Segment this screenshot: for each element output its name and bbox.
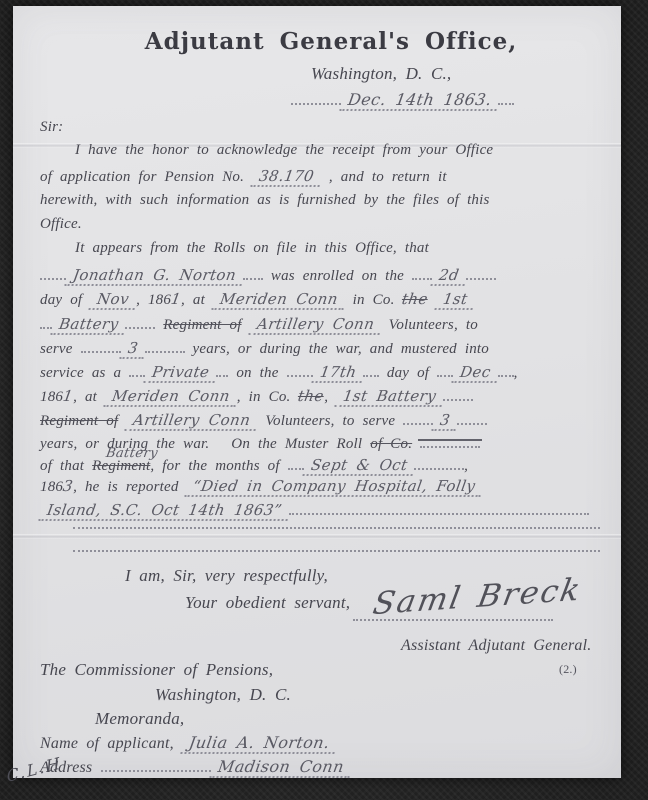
handwritten-term: 3 — [432, 411, 459, 431]
printed-text: , at — [181, 292, 205, 308]
printed-text: , — [324, 389, 328, 405]
handwritten-month: Dec — [452, 363, 500, 383]
body-line: 1861, at Meriden Conn, in Co. the, 1st B… — [40, 386, 473, 407]
printed-struck-text: Regiment of — [40, 413, 118, 429]
handwritten-soldier-name: Jonathan G. Norton — [64, 266, 244, 286]
printed-text: 186 — [40, 389, 63, 405]
dotted-leader — [291, 90, 341, 105]
dotted-leader — [498, 362, 514, 377]
dotted-leader — [40, 314, 52, 329]
body-line: Office. — [40, 216, 82, 233]
handwritten-signature: Saml Breck — [370, 572, 584, 622]
closing-servant: Your obedient servant, — [185, 593, 350, 613]
body-line: service as a Private on the 17th day of … — [40, 362, 518, 383]
printed-text: , in Co. — [237, 389, 291, 405]
handwritten-report: “Died in Company Hospital, Folly — [185, 477, 484, 497]
dotted-leader — [403, 410, 433, 425]
body-line: of application for Pension No. 38.170 , … — [40, 167, 447, 187]
printed-text: day of — [387, 365, 429, 381]
handwritten-day: 17th — [311, 363, 365, 383]
printed-struck-text: Regiment of — [163, 317, 241, 333]
body-line: 1863, he is reported “Died in Company Ho… — [40, 477, 483, 497]
handwritten-place: Meriden Conn — [103, 387, 238, 407]
signer-title: Assistant Adjutant General. — [401, 637, 591, 655]
dotted-leader — [287, 362, 313, 377]
closing-respect: I am, Sir, very respectfully, — [125, 566, 328, 586]
body-line: Regiment of Artillery Conn Volunteers, t… — [40, 410, 487, 431]
printed-text: , and to return it — [329, 169, 447, 185]
applicant-row: Name of applicant, Julia A. Norton. — [40, 733, 336, 754]
printed-text: , at — [73, 389, 97, 405]
struck-dotted-leader — [420, 433, 480, 448]
dotted-leader — [216, 362, 228, 377]
dotted-leader — [498, 90, 514, 105]
printed-text: Volunteers, to — [389, 317, 478, 333]
blank-rule — [73, 514, 600, 534]
handwritten-address: Madison Conn — [209, 757, 352, 778]
printed-text: Your obedient servant, — [185, 593, 350, 612]
handwritten-arm: Artillery Conn — [248, 315, 382, 335]
date-line: Dec. 14th 1863. — [291, 90, 514, 111]
handwritten-months: Sept & Oct — [302, 456, 416, 476]
printed-text: The Commissioner of Pensions, — [40, 660, 273, 679]
dotted-leader — [443, 386, 473, 401]
printed-text: herewith, with such information as is fu… — [40, 192, 490, 208]
printed-text: , he is reported — [73, 479, 178, 495]
handwritten-struck-word: the — [297, 387, 326, 405]
dotted-leader — [125, 314, 155, 329]
dotted-leader — [289, 500, 589, 515]
printed-text: , — [514, 365, 518, 381]
dotted-leader — [457, 410, 487, 425]
printed-text: , — [464, 458, 468, 474]
printed-text: Volunteers, to serve — [265, 413, 395, 429]
header-city-text: Washington, D. C., — [311, 64, 451, 83]
handwritten-day: 2d — [430, 266, 467, 286]
salutation-text: Sir: — [40, 119, 63, 135]
printed-text: Washington, D. C. — [155, 685, 291, 704]
body-line: Battery Regiment of Artillery Conn Volun… — [40, 314, 478, 335]
printed-text: serve — [40, 341, 73, 357]
handwritten-term: 3 — [119, 339, 146, 359]
dotted-leader — [101, 757, 211, 772]
printed-text: day of — [40, 292, 82, 308]
printed-text: Memoranda, — [95, 709, 184, 728]
dotted-leader — [73, 514, 600, 529]
body-line: day of Nov, 1861, at Meriden Conn in Co.… — [40, 290, 475, 310]
blank-rule — [73, 537, 600, 557]
handwritten-correction: Battery — [105, 446, 159, 461]
header-city: Washington, D. C., — [311, 64, 451, 84]
handwritten-rank: Private — [144, 363, 218, 383]
scan-background: Adjutant General's Office, Washington, D… — [0, 0, 648, 800]
printed-text: 186 — [40, 479, 63, 495]
printed-text: , 186 — [136, 292, 171, 308]
handwritten-arm: Artillery Conn — [125, 411, 259, 431]
body-line: herewith, with such information as is fu… — [40, 192, 490, 209]
printed-text: Office. — [40, 216, 82, 232]
printed-text: years, or during the war, and mustered i… — [193, 341, 489, 357]
dotted-leader — [363, 362, 379, 377]
correction-stack: RegimentBattery — [92, 458, 150, 475]
dotted-leader — [81, 338, 121, 353]
printed-text: was enrolled on the — [271, 268, 404, 284]
printed-text: I have the honor to acknowledge the rece… — [75, 142, 493, 158]
dotted-leader — [40, 265, 66, 280]
signature: Saml Breck — [375, 579, 580, 615]
document-title: Adjutant General's Office, — [27, 28, 635, 55]
document-page: Adjutant General's Office, Washington, D… — [13, 6, 621, 778]
printed-text: service as a — [40, 365, 121, 381]
handwritten-pension-number: 38.170 — [250, 167, 322, 187]
salutation: Sir: — [40, 119, 63, 136]
printed-text: It appears from the Rolls on file in thi… — [75, 240, 429, 256]
dotted-leader — [73, 537, 600, 552]
body-line: Jonathan G. Norton was enrolled on the 2… — [40, 265, 496, 286]
dotted-leader — [243, 265, 263, 280]
handwritten-applicant-name: Julia A. Norton. — [180, 733, 338, 754]
body-line: I have the honor to acknowledge the rece… — [75, 142, 493, 159]
handwritten-unit-number: 1st Battery — [335, 387, 445, 407]
handwritten-month: Nov — [89, 290, 138, 310]
printed-text: of application for Pension No. — [40, 169, 244, 185]
body-line: of that RegimentBattery, for the months … — [40, 455, 468, 476]
dotted-leader — [145, 338, 185, 353]
dotted-leader — [437, 362, 453, 377]
printed-text: On the Muster Roll — [217, 436, 362, 452]
handwritten-battery: Battery — [50, 315, 127, 335]
printed-text: in Co. — [353, 292, 395, 308]
dotted-leader — [129, 362, 145, 377]
dotted-leader — [412, 265, 432, 280]
printed-text: , for the months of — [150, 458, 279, 474]
memoranda-heading: Memoranda, — [95, 709, 184, 729]
handwritten-unit-number: 1st — [435, 290, 477, 310]
address-row: Address Madison Conn — [40, 757, 350, 778]
printed-text: of that — [40, 458, 84, 474]
dotted-leader — [288, 455, 304, 470]
page-number: (2.) — [559, 662, 577, 677]
dotted-leader — [466, 265, 496, 280]
printed-struck-text: of Co. — [370, 436, 412, 452]
printed-text: on the — [236, 365, 278, 381]
body-line: It appears from the Rolls on file in thi… — [75, 240, 429, 257]
printed-text: I am, Sir, very respectfully, — [125, 566, 328, 585]
printed-text: Name of applicant, — [40, 735, 174, 752]
handwritten-struck-word: the — [401, 290, 430, 308]
addressee-line: The Commissioner of Pensions, — [40, 660, 273, 680]
dotted-leader — [414, 455, 464, 470]
addressee-city: Washington, D. C. — [155, 685, 291, 705]
handwritten-date: Dec. 14th 1863. — [339, 90, 500, 111]
printed-text: Assistant Adjutant General. — [401, 637, 591, 654]
handwritten-place: Meriden Conn — [211, 290, 346, 310]
body-line: serve 3 years, or during the war, and mu… — [40, 338, 489, 359]
